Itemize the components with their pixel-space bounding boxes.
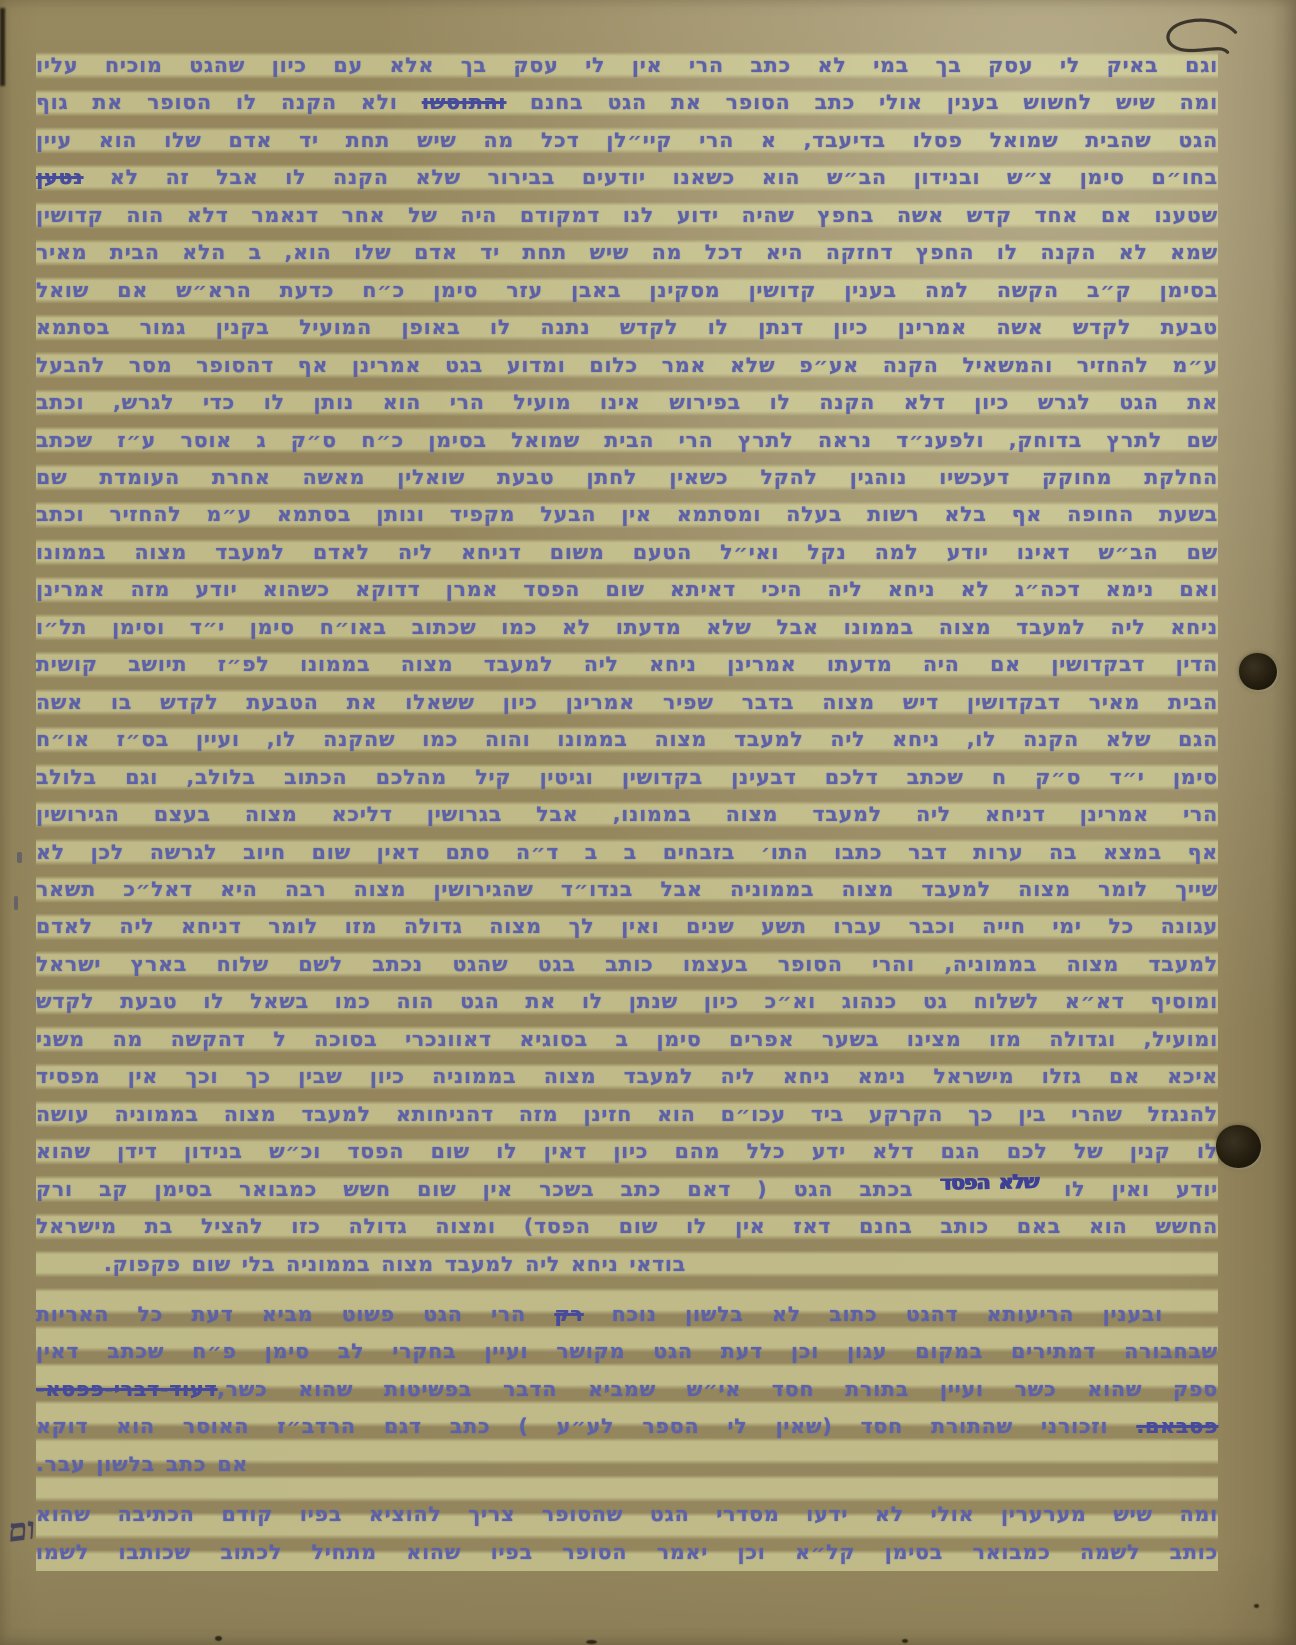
text-segment: בסימן ק״ב הקשה למה בענין קדושין מסקינן ב… (36, 278, 1218, 302)
text-segment: ע״מ להחזיר והמשאיל הקנה אע״פ שלא אמר כלו… (36, 353, 1218, 377)
text-line: הדין דבקדושין אם היה מדעתו אמרינן ניחא ל… (36, 646, 1218, 683)
text-segment: ומוסיף דא״א לשלוח גט כנהוג וא״כ כיון שנת… (36, 989, 1218, 1013)
text-line: בודאי ניחא ליה למעבד מצוה בממוניה בלי שו… (36, 1246, 1218, 1283)
text-segment: ומה שיש לחשוש בענין אולי כתב הסופר את הג… (506, 90, 1218, 114)
text-segment-overtype: שלא הפסד (939, 1163, 1038, 1202)
text-segment: עגונה כל ימי חייה וכבר עברו תשע שנים ואי… (36, 914, 1218, 938)
text-segment: החשש הוא באם כותב בחנם דאז אין לו שום הפ… (36, 1214, 1218, 1238)
text-line: שמא לא הקנה לו החפץ דחזקה היא דכל מה שיש… (36, 234, 1218, 271)
text-segment: ניחא ליה למעבד מצוה בממונו אבל שלא מדעתו… (36, 615, 1218, 639)
text-segment: יודע ואין לו (1038, 1177, 1218, 1201)
text-segment: ומה שיש מערערין אולי לא ידעו מסדרי הגט ש… (36, 1502, 1218, 1526)
text-line: עגונה כל ימי חייה וכבר עברו תשע שנים ואי… (36, 908, 1218, 945)
text-line: ומוסיף דא״א לשלוח גט כנהוג וא״כ כיון שנת… (36, 983, 1218, 1020)
text-segment: שם לתרץ בדוחק, ולפענ״ד נראה לתרץ הרי הבי… (36, 428, 1218, 452)
text-segment: אם כתב בלשון עבר. (36, 1452, 248, 1476)
text-line: ספק שהוא כשר ועיין בתורת חסד אי״ש שמביא … (36, 1371, 1218, 1408)
text-segment-strike: דעוד-דברי-פפסא- (36, 1377, 217, 1401)
text-segment: למעבד מצוה בממוניה, והרי הסופר בעצמו כות… (36, 952, 1218, 976)
text-segment: וזכורני שהתורת חסד (שאין לי הספר לע״ע ) … (36, 1414, 1136, 1438)
text-line: איכא אם גזלו מישראל נימא ניחא ליה למעבד … (36, 1058, 1218, 1095)
text-segment: להנגזל שהרי בין כך הקרקע ביד עכו״ם הוא ח… (36, 1102, 1218, 1126)
text-line: הגט שהבית שמואל פסלו בדיעבד, א הרי קיי״ל… (36, 122, 1218, 159)
text-line: ומה שיש לחשוש בענין אולי כתב הסופר את הג… (36, 84, 1218, 121)
text-line: החשש הוא באם כותב בחנם דאז אין לו שום הפ… (36, 1208, 1218, 1245)
text-line: ובענין הריעותא דהגט כתוב לא בלשון נוכח ר… (36, 1296, 1218, 1333)
text-segment-strike: רק (554, 1302, 583, 1326)
text-line: שטענו אם אחד קדש אשה בחפץ שהיה ידוע לנו … (36, 197, 1218, 234)
text-segment: ומועיל, וגדולה מזו מצינו בשער אפרים סימן… (36, 1027, 1218, 1051)
text-line: שבחבורה דמתירים במקום עגון וכן דעת הגט מ… (36, 1333, 1218, 1370)
text-line: ע״מ להחזיר והמשאיל הקנה אע״פ שלא אמר כלו… (36, 347, 1218, 384)
text-segment-strike: פסבאם. (1136, 1414, 1218, 1438)
text-line: יודע ואין לו שלא הפסד בכתב הגט ( דאם כתב… (36, 1171, 1218, 1208)
text-line: בחו״ם סימן צ״ש ובנידון הב״ש הוא כשאנו יו… (36, 159, 1218, 196)
text-line: וגם באיק לי עסק בך במי לא כתב הרי אין לי… (36, 47, 1218, 84)
paper-edge-mark (0, 8, 5, 86)
paper-speck (586, 1640, 597, 1644)
text-line: לו קנין של לכם הגם דלא ידע כלל מהם כיון … (36, 1133, 1218, 1170)
paper-speck (215, 1636, 222, 1641)
text-segment: ולא הקנה לו הסופר את גוף (36, 90, 422, 114)
text-line: שייך לומר מצוה למעבד מצוה בממוניה אבל בנ… (36, 871, 1218, 908)
text-segment: את הגט לגרש כיון דלא הקנה לו בפירוש אינו… (36, 390, 1218, 414)
text-line: ניחא ליה למעבד מצוה בממונו אבל שלא מדעתו… (36, 609, 1218, 646)
text-line: ואם נימא דכה״ג לא ניחא ליה היכי דאיתא שו… (36, 571, 1218, 608)
text-segment: כותב לשמה כמבואר בסימן קל״א וכן יאמר הסו… (36, 1540, 1218, 1564)
text-line: פסבאם. וזכורני שהתורת חסד (שאין לי הספר … (36, 1408, 1218, 1445)
text-segment: החלקת מחוקק דעכשיו נוהגין להקל כשאין לחת… (36, 465, 1218, 489)
text-segment: ספק שהוא כשר ועיין בתורת חסד אי״ש שמביא … (217, 1377, 1218, 1401)
text-segment: בחו״ם סימן צ״ש ובנידון הב״ש הוא כשאנו יו… (83, 165, 1218, 189)
text-segment: הגט שהבית שמואל פסלו בדיעבד, א הרי קיי״ל… (36, 128, 1218, 152)
text-segment: שייך לומר מצוה למעבד מצוה בממוניה אבל בנ… (36, 877, 1218, 901)
punch-hole (1216, 1125, 1261, 1168)
text-line: סימן י״ד ס״ק ח שכתב דלכם דבעינן בקדושין … (36, 759, 1218, 796)
text-segment: וגם באיק לי עסק בך במי לא כתב הרי אין לי… (36, 53, 1218, 77)
handwritten-squiggle-icon (1156, 10, 1245, 69)
text-segment: הרי אמרינן דניחא ליה למעבד מצוה בממונו, … (36, 802, 1218, 826)
text-line: אם כתב בלשון עבר. (36, 1446, 1218, 1483)
text-segment: הבית מאיר דבקדושין דיש מצוה בדבר שפיר אמ… (36, 690, 1218, 714)
text-segment: טבעת לקדש אשה אמרינן כיון דנתן לו לקדש נ… (36, 315, 1218, 339)
text-segment: לו קנין של לכם הגם דלא ידע כלל מהם כיון … (36, 1139, 1218, 1163)
text-segment: הדין דבקדושין אם היה מדעתו אמרינן ניחא ל… (36, 652, 1218, 676)
text-segment: סימן י״ד ס״ק ח שכתב דלכם דבעינן בקדושין … (36, 765, 1218, 789)
text-line: החלקת מחוקק דעכשיו נוהגין להקל כשאין לחת… (36, 459, 1218, 496)
text-line: אף במצא בה ערות דבר כתבו התו׳ בזבחים ב ב… (36, 834, 1218, 871)
text-segment: בשעת החופה אף בלא רשות בעלה ומסתמא אין ה… (36, 502, 1218, 526)
text-segment: בודאי ניחא ליה למעבד מצוה בממוניה בלי שו… (104, 1252, 686, 1276)
text-segment: ובענין הריעותא דהגט כתוב לא בלשון נוכח (583, 1302, 1163, 1326)
text-segment-strike: והתוסשו (422, 90, 506, 114)
text-line: שם הב״ש דאינו יודע למה נקל ואי״ל הטעם מש… (36, 534, 1218, 571)
text-line: את הגט לגרש כיון דלא הקנה לו בפירוש אינו… (36, 384, 1218, 421)
text-line: הגם שלא הקנה לו, ניחא ליה למעבד מצוה בממ… (36, 721, 1218, 758)
text-segment: הגם שלא הקנה לו, ניחא ליה למעבד מצוה בממ… (36, 727, 1218, 751)
text-segment: שמא לא הקנה לו החפץ דחזקה היא דכל מה שיש… (36, 240, 1218, 264)
handwritten-note: ום (6, 1510, 37, 1549)
text-line: שם לתרץ בדוחק, ולפענ״ד נראה לתרץ הרי הבי… (36, 422, 1218, 459)
text-segment: בכתב הגט ( דאם כתב בשכר אין שום חשש כמבו… (36, 1177, 940, 1201)
text-segment-strike: נטען (36, 165, 83, 189)
text-line: הבית מאיר דבקדושין דיש מצוה בדבר שפיר אמ… (36, 684, 1218, 721)
text-segment: שטענו אם אחד קדש אשה בחפץ שהיה ידוע לנו … (36, 203, 1218, 227)
punch-hole (1239, 653, 1277, 690)
paper-speck (902, 1639, 908, 1643)
handwritten-margin-mark (17, 852, 22, 863)
text-segment: הרי הגט פשוט מביא דעת כל האריות (36, 1302, 554, 1326)
text-line: כותב לשמה כמבואר בסימן קל״א וכן יאמר הסו… (36, 1534, 1218, 1571)
text-line: ומועיל, וגדולה מזו מצינו בשער אפרים סימן… (36, 1021, 1218, 1058)
text-line: טבעת לקדש אשה אמרינן כיון דנתן לו לקדש נ… (36, 309, 1218, 346)
text-segment: אף במצא בה ערות דבר כתבו התו׳ בזבחים ב ב… (36, 840, 1218, 864)
text-segment: שם הב״ש דאינו יודע למה נקל ואי״ל הטעם מש… (36, 540, 1218, 564)
text-line: הרי אמרינן דניחא ליה למעבד מצוה בממונו, … (36, 796, 1218, 833)
handwritten-margin-mark (14, 896, 18, 910)
text-segment: איכא אם גזלו מישראל נימא ניחא ליה למעבד … (36, 1064, 1218, 1088)
paper-speck (1254, 1604, 1259, 1608)
scanned-page: וגם באיק לי עסק בך במי לא כתב הרי אין לי… (0, 0, 1296, 1645)
text-line: ומה שיש מערערין אולי לא ידעו מסדרי הגט ש… (36, 1496, 1218, 1533)
text-segment: ואם נימא דכה״ג לא ניחא ליה היכי דאיתא שו… (36, 577, 1218, 601)
text-line: בסימן ק״ב הקשה למה בענין קדושין מסקינן ב… (36, 272, 1218, 309)
text-line: בשעת החופה אף בלא רשות בעלה ומסתמא אין ה… (36, 496, 1218, 533)
document-text: וגם באיק לי עסק בך במי לא כתב הרי אין לי… (36, 47, 1218, 1571)
text-segment: שבחבורה דמתירים במקום עגון וכן דעת הגט מ… (36, 1339, 1218, 1363)
text-line: למעבד מצוה בממוניה, והרי הסופר בעצמו כות… (36, 946, 1218, 983)
text-line: להנגזל שהרי בין כך הקרקע ביד עכו״ם הוא ח… (36, 1096, 1218, 1133)
